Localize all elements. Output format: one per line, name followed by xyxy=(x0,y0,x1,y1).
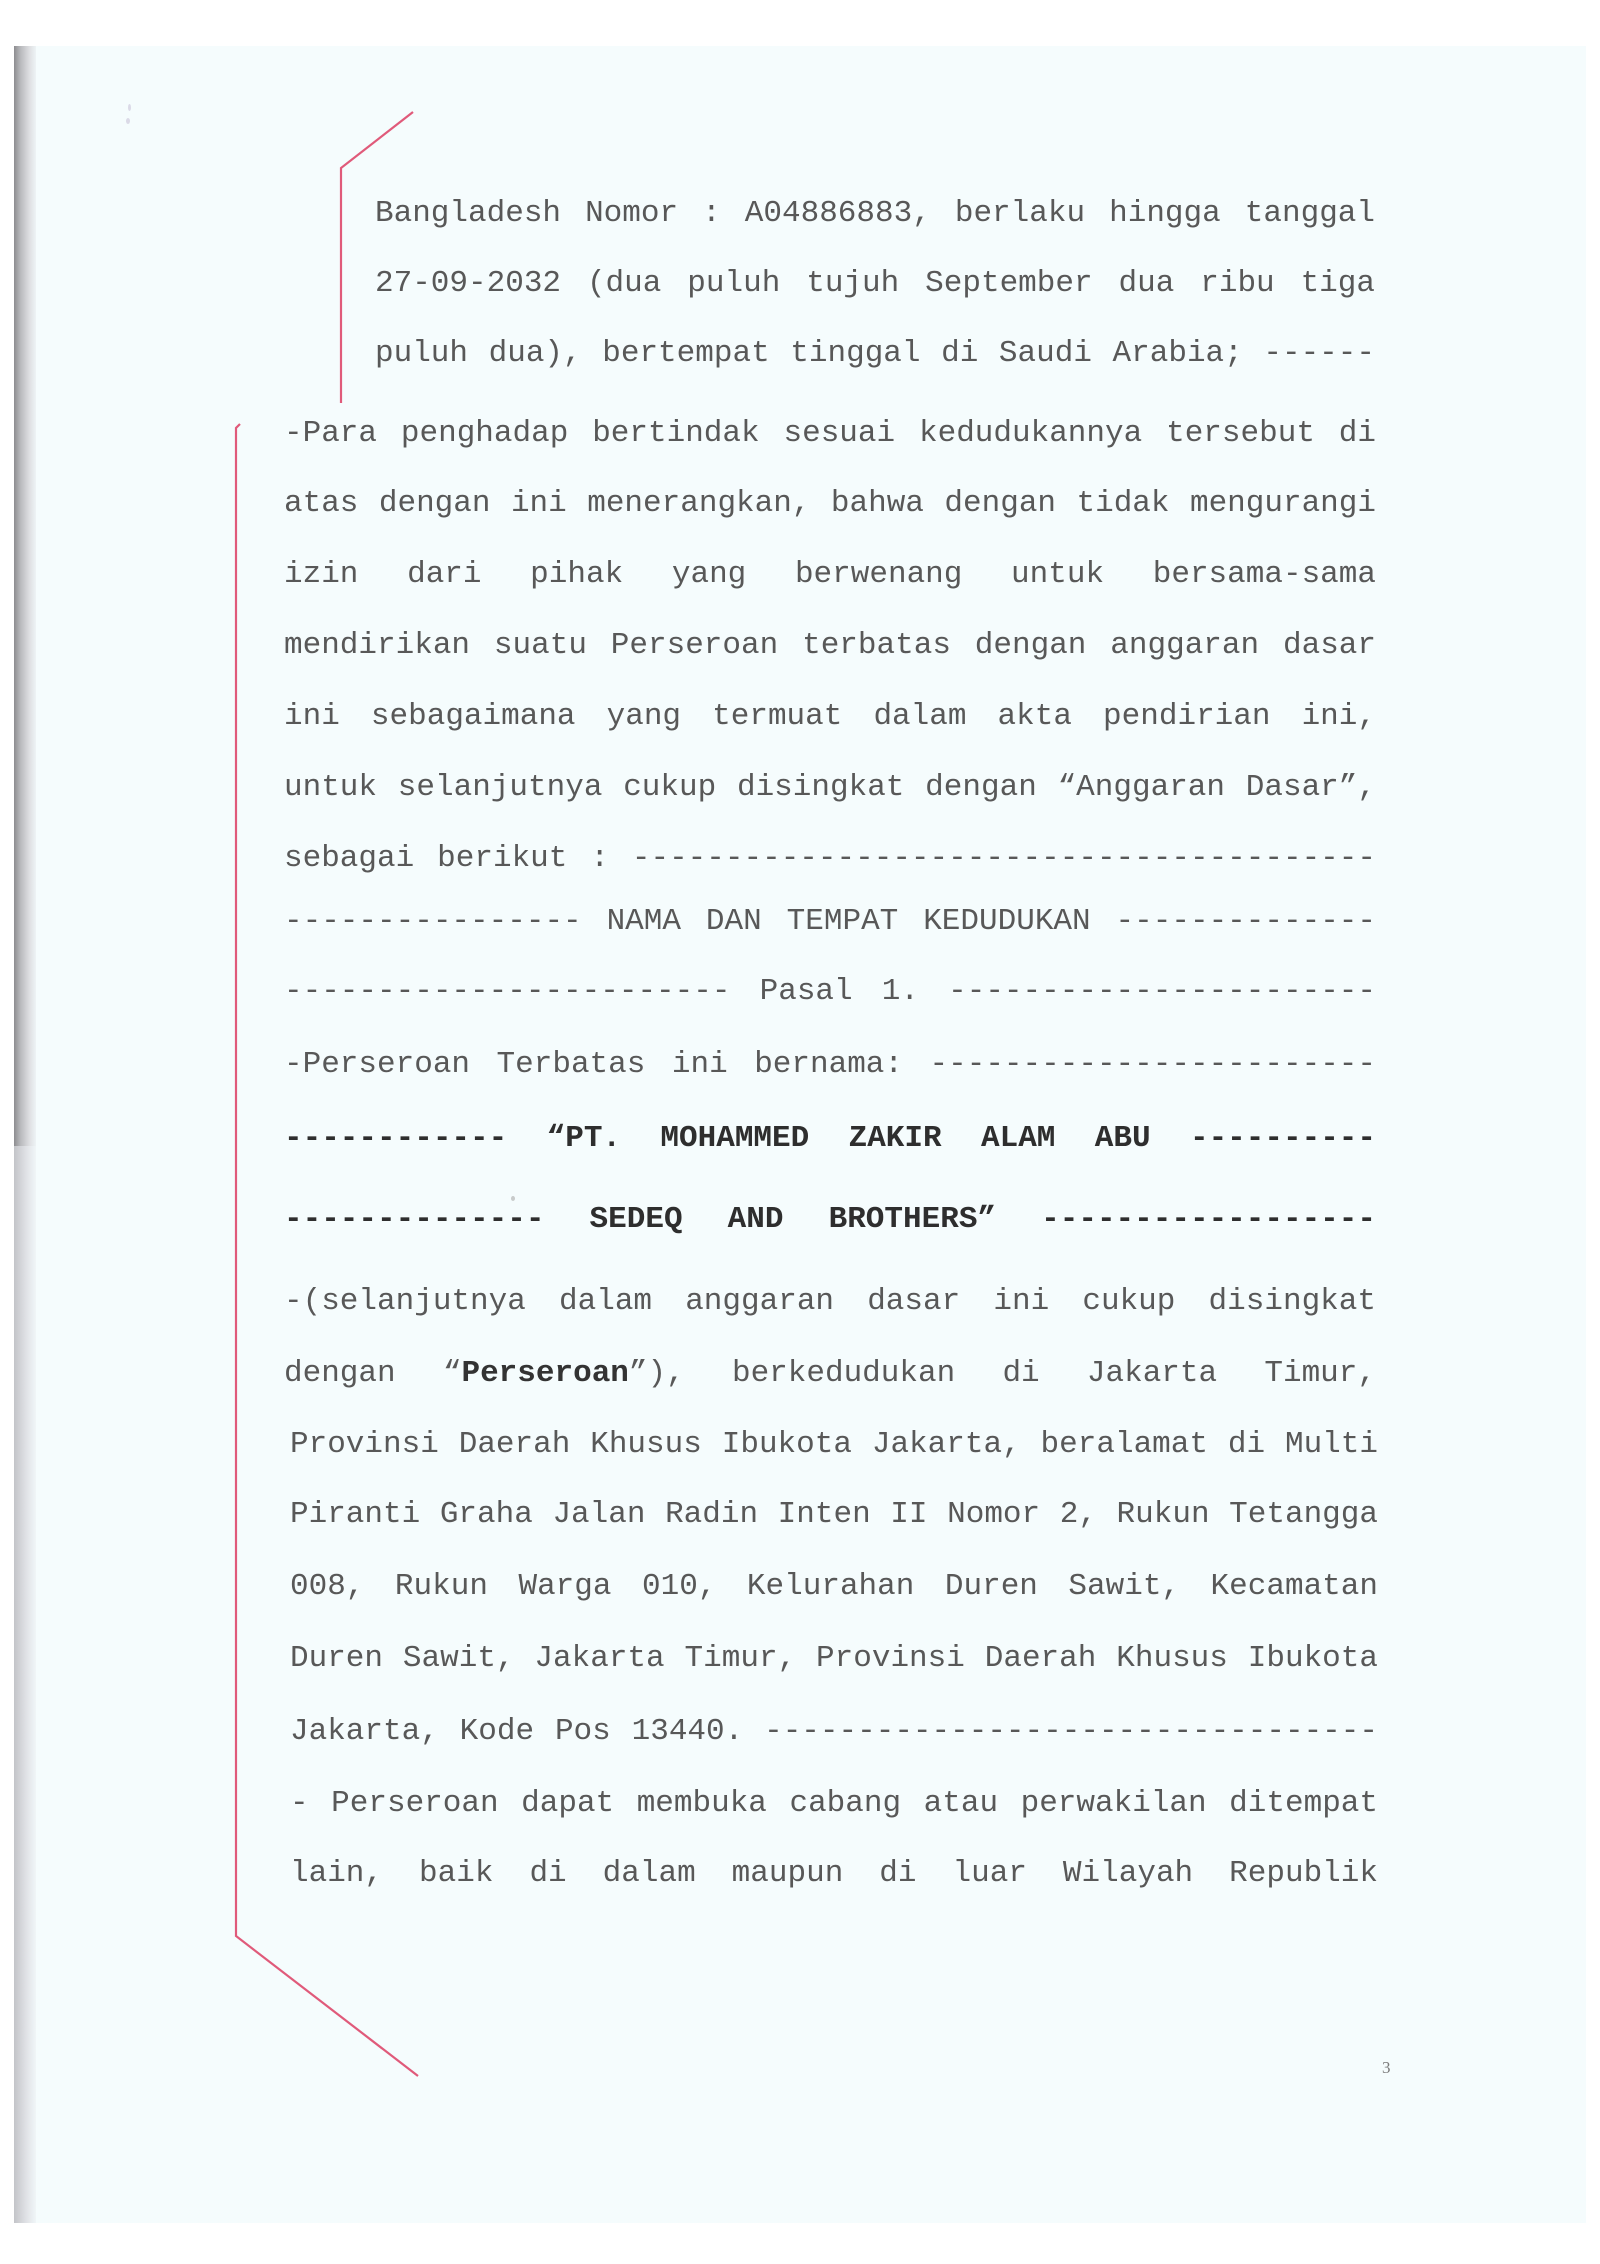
company-name-line-1: ------------ “PT. MOHAMMED ZAKIR ALAM AB… xyxy=(284,1122,1376,1156)
text-line: Duren Sawit, Jakarta Timur, Provinsi Dae… xyxy=(290,1642,1378,1676)
text-line: - Perseroan dapat membuka cabang atau pe… xyxy=(290,1787,1378,1821)
text-span: ”), berkedudukan di Jakarta Timur, xyxy=(629,1356,1376,1391)
text-line: Bangladesh Nomor : A04886883, berlaku hi… xyxy=(375,197,1375,231)
defined-term: Perseroan xyxy=(461,1356,628,1391)
text-line: 008, Rukun Warga 010, Kelurahan Duren Sa… xyxy=(290,1570,1378,1604)
scan-speck xyxy=(126,118,130,124)
page-number: 3 xyxy=(1382,2058,1391,2078)
article-heading: ------------------------ Pasal 1. ------… xyxy=(284,975,1376,1009)
text-line: izin dari pihak yang berwenang untuk ber… xyxy=(284,558,1376,592)
text-line: -(selanjutnya dalam anggaran dasar ini c… xyxy=(284,1285,1376,1319)
text-line: sebagai berikut : ----------------------… xyxy=(284,842,1376,876)
text-line: lain, baik di dalam maupun di luar Wilay… xyxy=(290,1857,1378,1891)
company-name-line-2: -------------- SEDEQ AND BROTHERS” -----… xyxy=(284,1203,1376,1237)
text-line: dengan “Perseroan”), berkedudukan di Jak… xyxy=(284,1357,1376,1391)
scan-speck xyxy=(511,1196,515,1201)
text-line: -Perseroan Terbatas ini bernama: -------… xyxy=(284,1048,1376,1082)
text-line: Jakarta, Kode Pos 13440. ---------------… xyxy=(290,1715,1378,1749)
text-line: atas dengan ini menerangkan, bahwa denga… xyxy=(284,487,1376,521)
text-span: dengan “ xyxy=(284,1356,461,1391)
bracket-lower-icon xyxy=(236,424,418,2076)
text-line: mendirikan suatu Perseroan terbatas deng… xyxy=(284,629,1376,663)
text-line: Piranti Graha Jalan Radin Inten II Nomor… xyxy=(290,1498,1378,1532)
section-title: ---------------- NAMA DAN TEMPAT KEDUDUK… xyxy=(284,905,1376,939)
scan-speck xyxy=(128,104,131,111)
text-line: puluh dua), bertempat tinggal di Saudi A… xyxy=(375,337,1375,371)
text-line: Provinsi Daerah Khusus Ibukota Jakarta, … xyxy=(290,1428,1378,1462)
text-line: ini sebagaimana yang termuat dalam akta … xyxy=(284,700,1376,734)
text-line: 27-09-2032 (dua puluh tujuh September du… xyxy=(375,267,1375,301)
text-line: -Para penghadap bertindak sesuai keduduk… xyxy=(284,417,1376,451)
text-line: untuk selanjutnya cukup disingkat dengan… xyxy=(284,771,1376,805)
